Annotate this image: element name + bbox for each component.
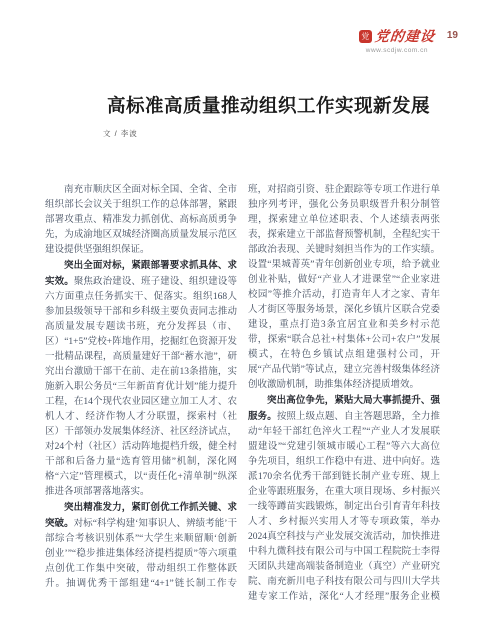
logo-title: 党的建设 <box>374 26 436 46</box>
section-paragraph-1: 突出全面对标，紧跟部署要求抓具体、求实效。聚焦政治建设、班子建设、组织建设等六方… <box>45 258 237 500</box>
article-title: 高标准高质量推动组织工作实现新发展 <box>45 92 440 118</box>
article-body: 南充市顺庆区全面对标全国、全省、全市组织部长会议关于组织工作的总体部署，紧跟部署… <box>45 183 440 605</box>
logo-seal-icon: 党 <box>359 30 372 43</box>
magazine-page: 党 党的建设 www.scdjw.com.cn 19 高标准高质量推动组织工作实… <box>0 0 484 640</box>
page-number: 19 <box>447 30 458 41</box>
logo-url: www.scdjw.com.cn <box>366 47 428 54</box>
paragraph-text: 聚焦政治建设、班子建设、组织建设等六方面重点任务抓实干、促落实。组织168人参加… <box>45 277 237 497</box>
byline: 文 / 李波 <box>103 128 138 139</box>
intro-paragraph: 南充市顺庆区全面对标全国、全省、全市组织部长会议关于组织工作的总体部署，紧跟部署… <box>45 183 237 258</box>
logo-row: 党 党的建设 <box>359 26 435 46</box>
page-header: 党 党的建设 www.scdjw.com.cn 19 <box>359 26 458 54</box>
paragraph-text: 南充市顺庆区全面对标全国、全省、全市组织部长会议关于组织工作的总体部署，紧跟部署… <box>45 185 237 255</box>
magazine-logo: 党 党的建设 www.scdjw.com.cn <box>359 26 435 54</box>
